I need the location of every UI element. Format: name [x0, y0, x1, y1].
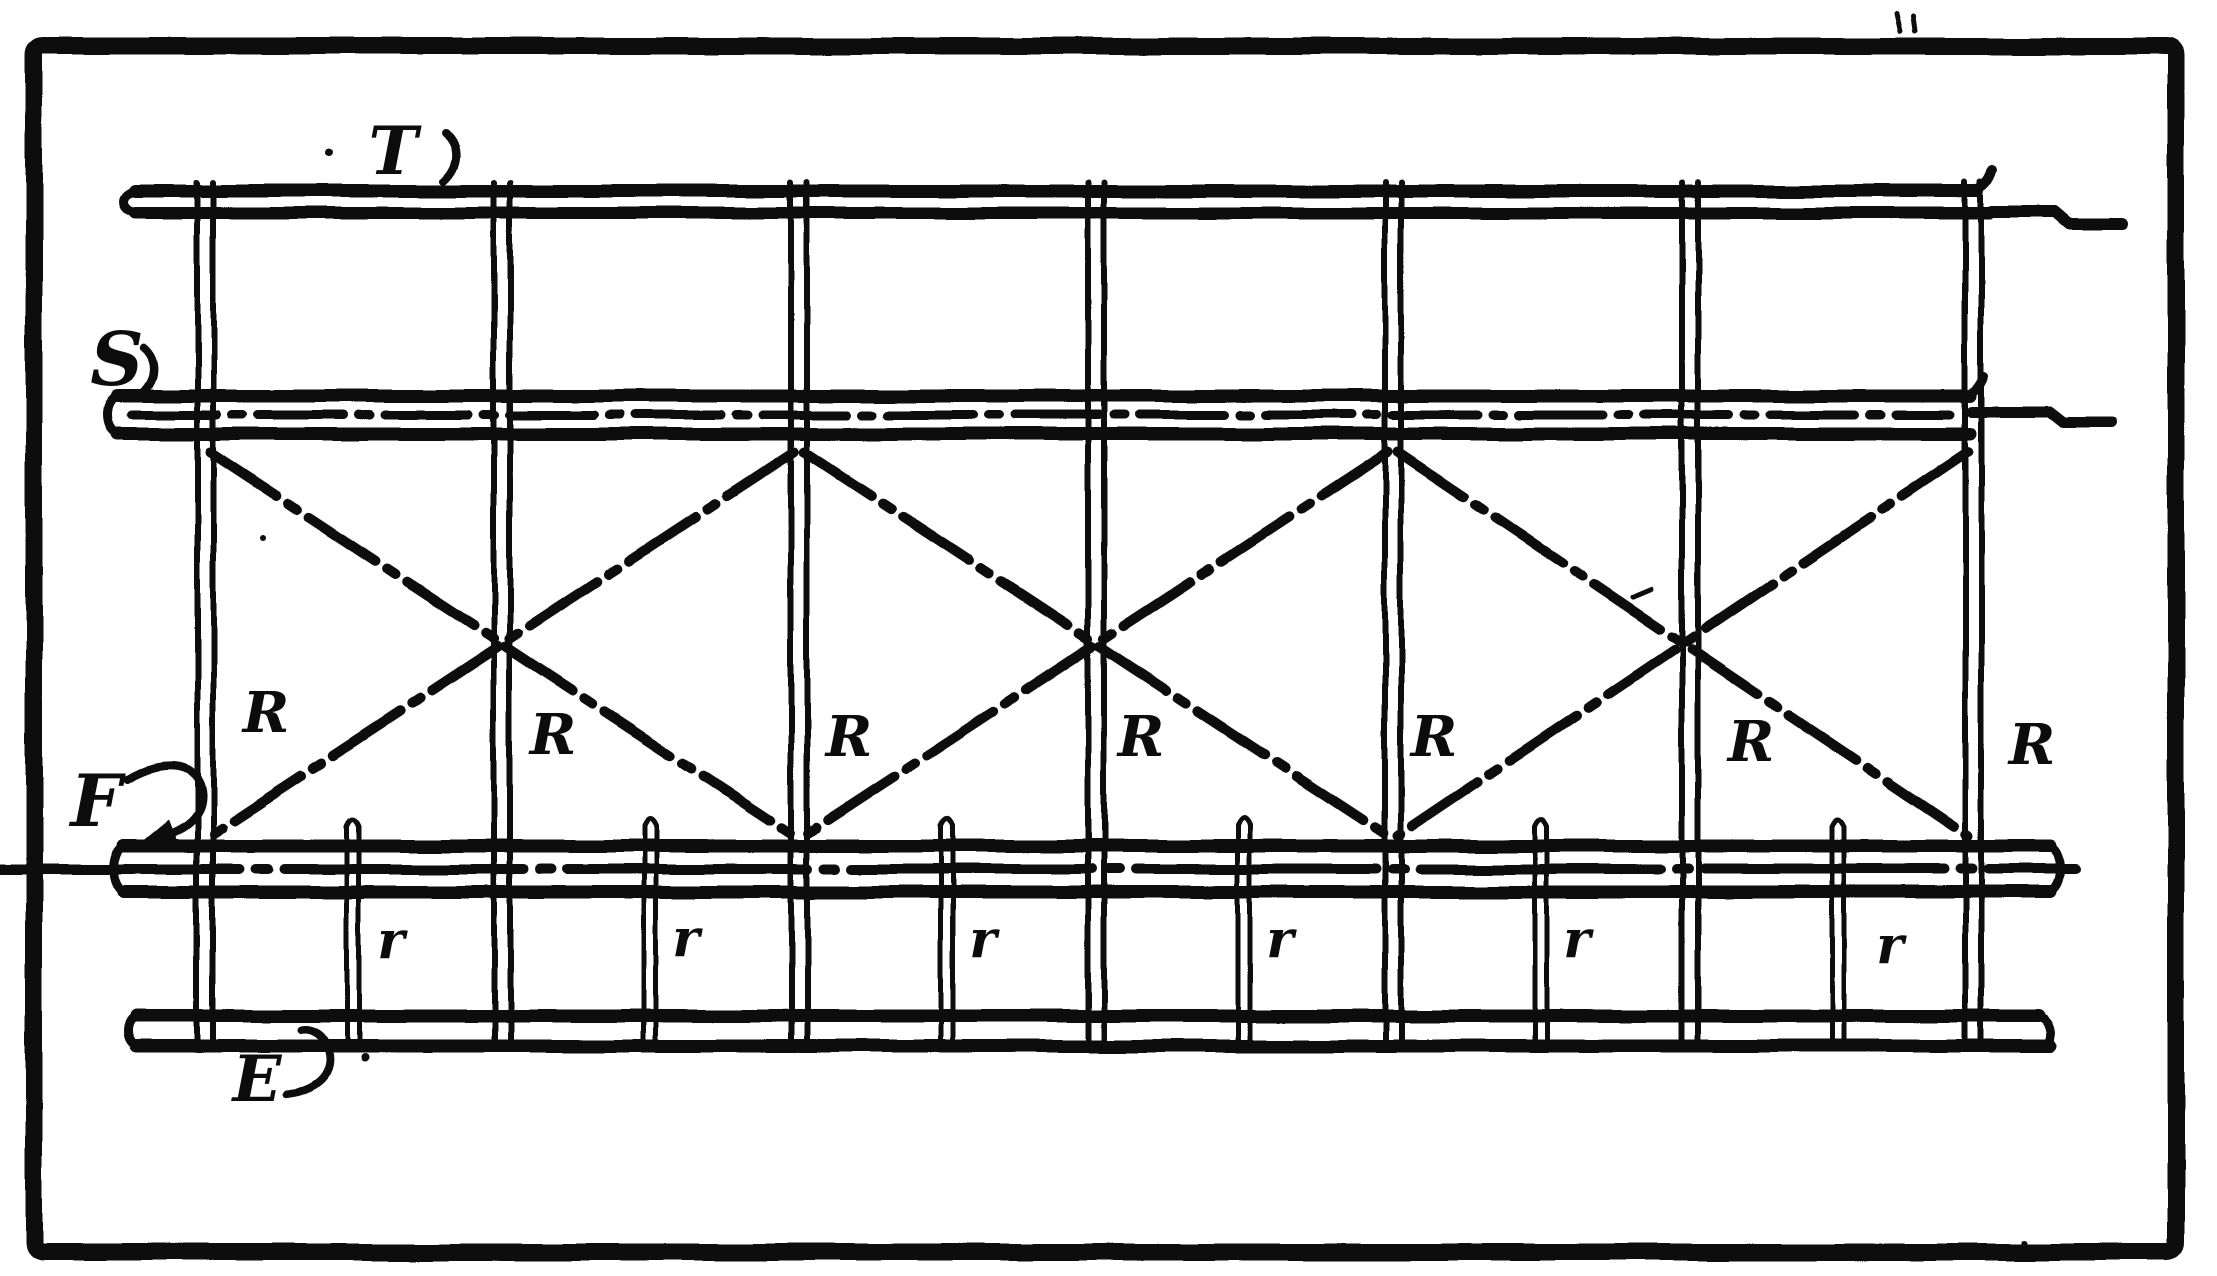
- figure-plate: T S F E R R R R R R R r r r r r r: [0, 0, 2217, 1276]
- label-subpost-r-6: r: [1876, 920, 1903, 972]
- label-t-tick: [444, 133, 457, 181]
- label-s-tick: [142, 349, 154, 394]
- trestle-framing-drawing: [0, 0, 2217, 1276]
- label-post-R-7: R: [2009, 717, 2056, 773]
- label-subpost-r-2: r: [672, 913, 699, 965]
- label-sill: E: [233, 1048, 282, 1112]
- lower-stringer-rail: [0, 846, 2076, 892]
- label-upper-stringer: S: [90, 323, 143, 397]
- label-lower-stringer: F: [70, 765, 121, 837]
- upper-stringer-rail: [108, 376, 2112, 434]
- label-top-beam: T: [368, 118, 417, 184]
- label-post-R-4: R: [1118, 709, 1165, 765]
- label-post-R-3: R: [826, 709, 873, 765]
- top-beam-rail: [125, 170, 2123, 224]
- ink-specks: [165, 13, 2027, 1256]
- label-subpost-r-3: r: [969, 914, 996, 966]
- label-subpost-r-5: r: [1563, 914, 1590, 966]
- label-post-R-1: R: [243, 685, 290, 741]
- label-post-R-5: R: [1411, 709, 1458, 765]
- label-post-R-2: R: [530, 707, 577, 763]
- label-e-arrow: [288, 1030, 330, 1094]
- label-subpost-r-1: r: [377, 915, 404, 967]
- label-subpost-r-4: r: [1266, 914, 1293, 966]
- label-f-arrow: [128, 766, 202, 850]
- label-post-R-6: R: [1728, 714, 1775, 770]
